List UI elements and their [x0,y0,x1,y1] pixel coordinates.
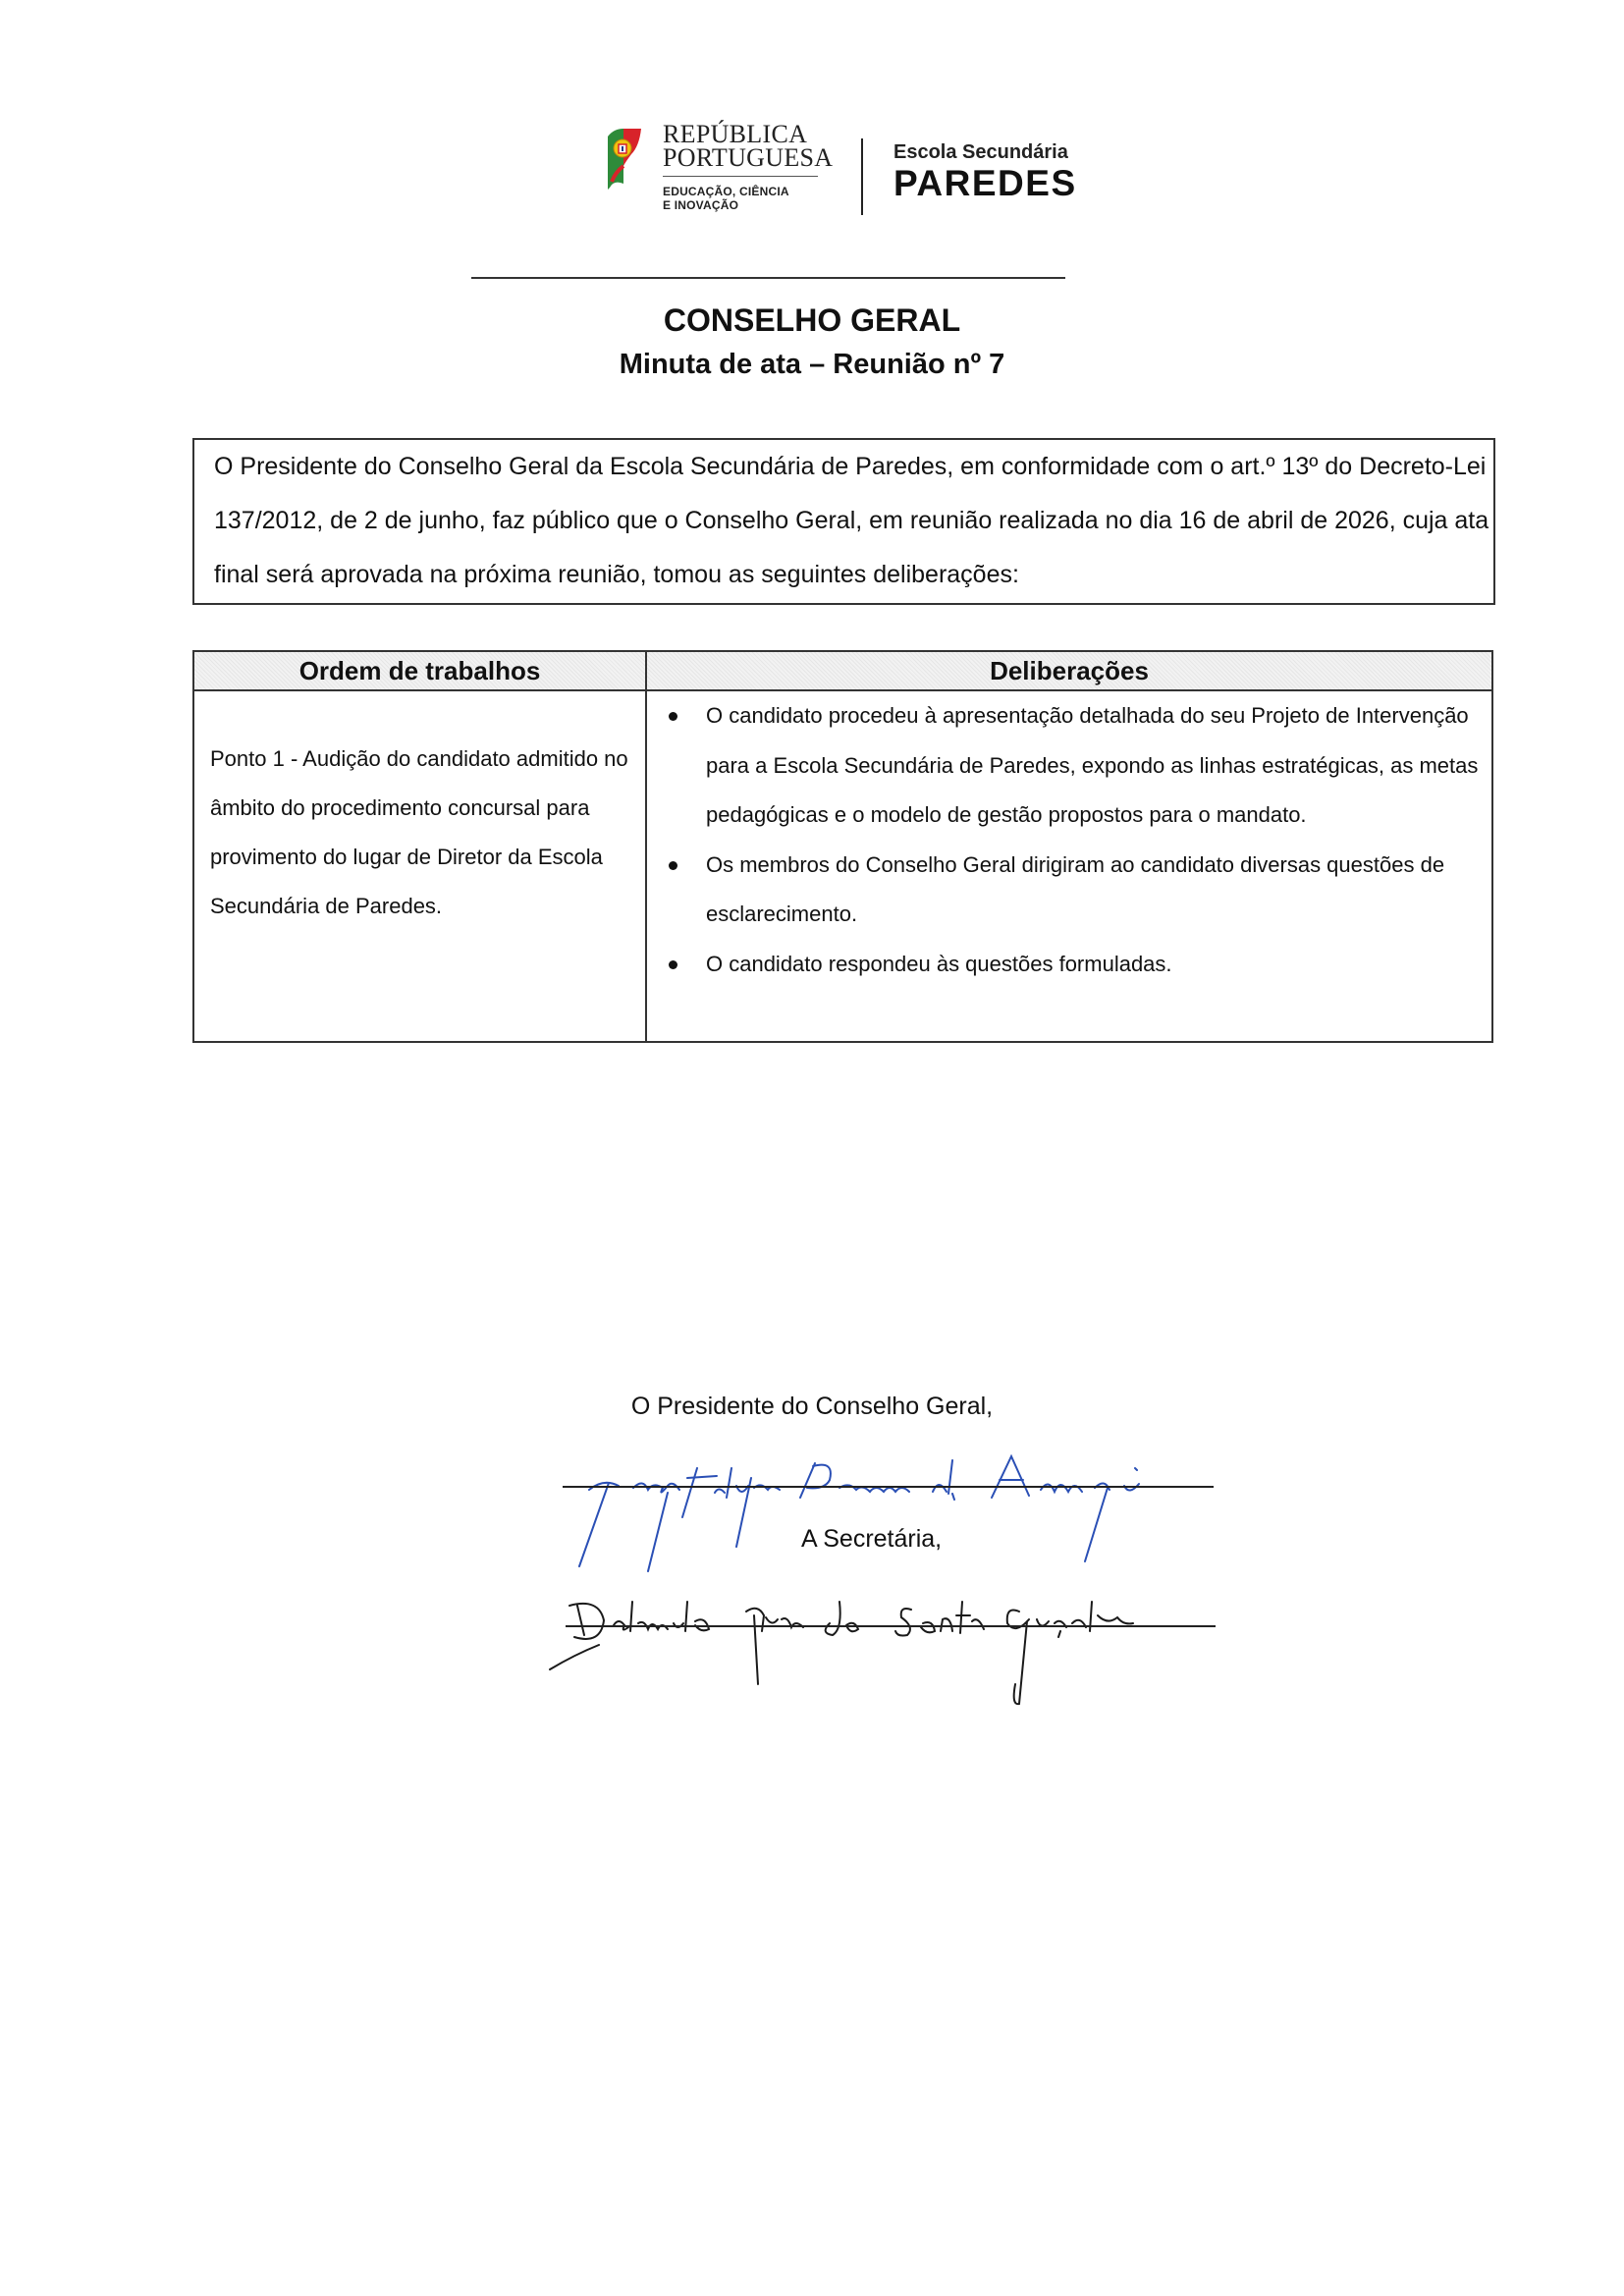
deliberations-cell: O candidato procedeu à apresentação deta… [647,691,1482,989]
president-label: O Presidente do Conselho Geral, [0,1393,1624,1421]
secretary-signature [530,1576,1237,1714]
deliberation-text: Os membros do Conselho Geral dirigiram a… [706,852,1444,927]
intro-paragraph: O Presidente do Conselho Geral da Escola… [194,440,1500,602]
letterhead-separator [861,138,863,215]
column-header-deliberations: Deliberações [647,652,1491,689]
deliberation-text: O candidato respondeu às questões formul… [706,952,1172,976]
table-header-row: Ordem de trabalhos Deliberações [194,652,1491,691]
ministry-line-2: E INOVAÇÃO [663,198,839,212]
list-item: O candidato respondeu às questões formul… [647,940,1482,990]
agenda-table: Ordem de trabalhos Deliberações Ponto 1 … [192,650,1493,1043]
letterhead: REPÚBLICA PORTUGUESA EDUCAÇÃO, CIÊNCIA E… [604,123,1095,241]
portugal-flag-logo-icon [604,127,643,191]
document-title: CONSELHO GERAL [0,302,1624,339]
header-divider [471,277,1065,279]
bullet-icon [669,861,677,870]
secretary-signature-line [566,1625,1216,1627]
bullet-icon [669,960,677,969]
secretary-label: A Secretária, [801,1525,942,1554]
ministry-line-1: EDUCAÇÃO, CIÊNCIA [663,185,839,198]
republic-line-2: PORTUGUESA [663,146,839,170]
bullet-icon [669,712,677,721]
document-subtitle: Minuta de ata – Reunião nº 7 [0,349,1624,381]
republic-block: REPÚBLICA PORTUGUESA EDUCAÇÃO, CIÊNCIA E… [663,123,839,212]
school-label: Escola Secundária [893,140,1077,164]
school-block: Escola Secundária PAREDES [893,140,1077,203]
school-name: PAREDES [893,164,1077,203]
president-signature [550,1439,1237,1576]
republic-rule [663,176,818,177]
agenda-item-cell: Ponto 1 - Audição do candidato admitido … [210,735,642,931]
column-header-agenda: Ordem de trabalhos [194,652,645,689]
list-item: O candidato procedeu à apresentação deta… [647,691,1482,841]
intro-box: O Presidente do Conselho Geral da Escola… [192,438,1495,605]
deliberations-list: O candidato procedeu à apresentação deta… [647,691,1482,989]
list-item: Os membros do Conselho Geral dirigiram a… [647,841,1482,940]
president-signature-line [563,1486,1214,1488]
deliberation-text: O candidato procedeu à apresentação deta… [706,703,1478,827]
